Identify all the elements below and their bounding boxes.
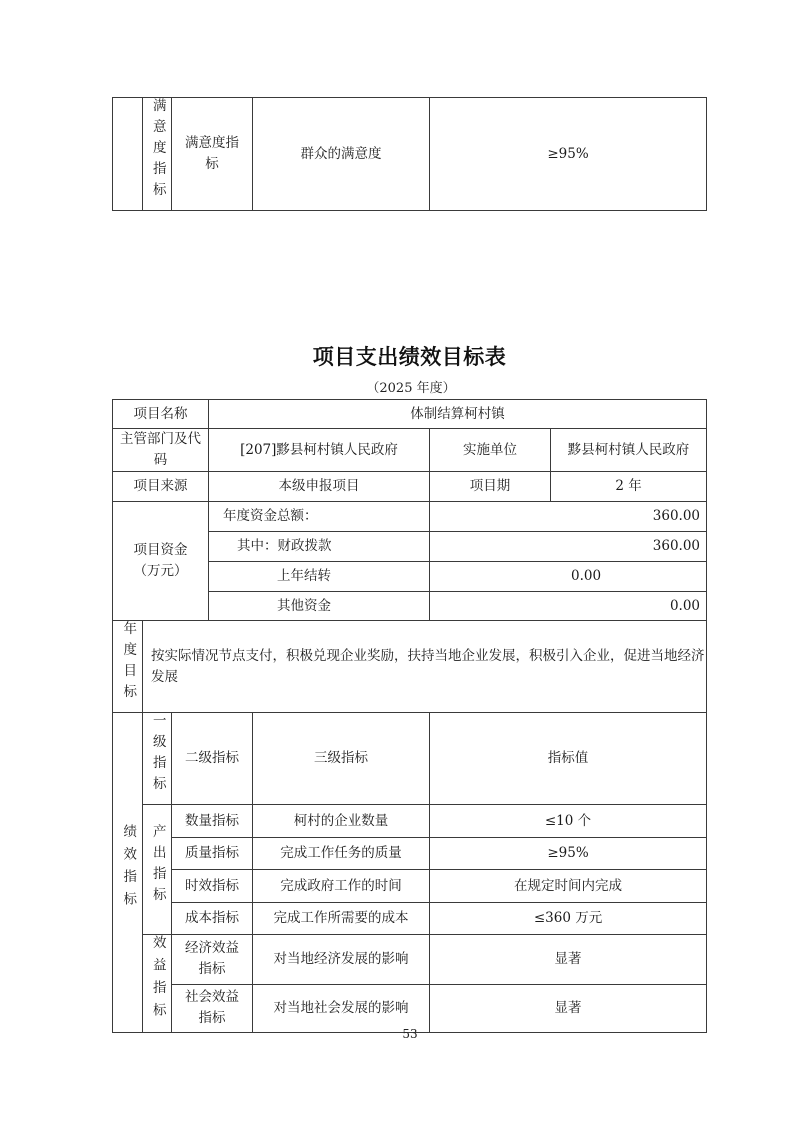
output-indicators-cell: 产出指标 — [143, 805, 172, 935]
project-source-label: 项目来源 — [113, 472, 209, 502]
project-name-label: 项目名称 — [113, 400, 209, 429]
header-level1-cell: 一级指标 — [143, 713, 172, 805]
project-name-value: 体制结算柯村镇 — [209, 400, 707, 429]
benefit-indicators-cell: 效益指标 — [143, 935, 172, 1033]
level1-label: 满意度指标 — [150, 98, 164, 203]
indicator-row: 产出指标 数量指标 柯村的企业数量 ≤10 个 — [113, 805, 707, 838]
indicator-level2: 经济效益 指标 — [172, 935, 253, 985]
page-subtitle: （2025 年度） — [0, 377, 793, 396]
performance-indicators-label: 绩效指标 — [121, 824, 135, 914]
indicator-row: 社会效益 指标 对当地社会发展的影响 显著 — [113, 984, 707, 1033]
empty-cell — [113, 98, 143, 211]
funds-fiscal-value: 360.00 — [430, 532, 707, 562]
funds-other-label: 其他资金 — [209, 592, 430, 621]
level2-cell: 满意度指 标 — [172, 98, 253, 211]
indicator-level3: 完成工作所需要的成本 — [253, 903, 430, 935]
funds-row: 项目资金 （万元） 年度资金总额： 360.00 — [113, 502, 707, 532]
indicator-value: 显著 — [430, 984, 707, 1033]
indicator-row: 成本指标 完成工作所需要的成本 ≤360 万元 — [113, 903, 707, 935]
funds-carryover-value: 0.00 — [430, 562, 707, 592]
source-row: 项目来源 本级申报项目 项目期 2 年 — [113, 472, 707, 502]
funds-other-value: 0.00 — [430, 592, 707, 621]
indicator-value: 显著 — [430, 935, 707, 985]
benefit-indicators-label: 效益指标 — [150, 935, 164, 1025]
header-value: 指标值 — [430, 713, 707, 805]
indicator-level3: 完成政府工作的时间 — [253, 870, 430, 903]
funds-total-label: 年度资金总额： — [209, 502, 430, 532]
page-number: 53 — [0, 1027, 793, 1041]
page-title: 项目支出绩效目标表 — [0, 341, 793, 371]
performance-target-table: 项目名称 体制结算柯村镇 主管部门及代 码 [207]黟县柯村镇人民政府 实施单… — [112, 399, 707, 1033]
indicator-value: ≥95% — [430, 838, 707, 870]
implementing-unit-value: 黟县柯村镇人民政府 — [551, 429, 707, 472]
level1-cell: 满意度指标 — [143, 98, 172, 211]
indicator-level2: 数量指标 — [172, 805, 253, 838]
indicator-header-row: 绩效指标 一级指标 二级指标 三级指标 指标值 — [113, 713, 707, 805]
implementing-unit-label: 实施单位 — [430, 429, 551, 472]
indicator-level3: 对当地社会发展的影响 — [253, 984, 430, 1033]
department-label: 主管部门及代 码 — [113, 429, 209, 472]
annual-goal-text: 按实际情况节点支付，积极兑现企业奖励，扶持当地企业发展，积极引入企业，促进当地经… — [143, 621, 707, 713]
indicator-row: 质量指标 完成工作任务的质量 ≥95% — [113, 838, 707, 870]
funds-total-value: 360.00 — [430, 502, 707, 532]
indicator-row: 效益指标 经济效益 指标 对当地经济发展的影响 显著 — [113, 935, 707, 985]
indicator-level2: 成本指标 — [172, 903, 253, 935]
project-source-value: 本级申报项目 — [209, 472, 430, 502]
performance-indicators-label-cell: 绩效指标 — [113, 713, 143, 1033]
previous-table-fragment: 满意度指标 满意度指 标 群众的满意度 ≥95% — [112, 97, 707, 211]
indicator-value: ≤10 个 — [430, 805, 707, 838]
project-funds-label: 项目资金 （万元） — [113, 502, 209, 621]
indicator-level3: 完成工作任务的质量 — [253, 838, 430, 870]
header-level2: 二级指标 — [172, 713, 253, 805]
department-value: [207]黟县柯村镇人民政府 — [209, 429, 430, 472]
project-period-value: 2 年 — [551, 472, 707, 502]
indicator-level3: 对当地经济发展的影响 — [253, 935, 430, 985]
funds-fiscal-label: 其中：财政拨款 — [209, 532, 430, 562]
header-level1: 一级指标 — [150, 713, 164, 797]
header-level3: 三级指标 — [253, 713, 430, 805]
output-indicators-label: 产出指标 — [150, 824, 164, 908]
indicator-level3: 柯村的企业数量 — [253, 805, 430, 838]
annual-goal-label: 年度目标 — [121, 621, 135, 705]
project-name-row: 项目名称 体制结算柯村镇 — [113, 400, 707, 429]
indicator-level2: 质量指标 — [172, 838, 253, 870]
department-row: 主管部门及代 码 [207]黟县柯村镇人民政府 实施单位 黟县柯村镇人民政府 — [113, 429, 707, 472]
indicator-level2: 社会效益 指标 — [172, 984, 253, 1033]
annual-goal-row: 年度目标 按实际情况节点支付，积极兑现企业奖励，扶持当地企业发展，积极引入企业，… — [113, 621, 707, 713]
project-period-label: 项目期 — [430, 472, 551, 502]
funds-carryover-label: 上年结转 — [209, 562, 430, 592]
indicator-value: ≤360 万元 — [430, 903, 707, 935]
annual-goal-label-cell: 年度目标 — [113, 621, 143, 713]
indicator-value: 在规定时间内完成 — [430, 870, 707, 903]
level3-cell: 群众的满意度 — [253, 98, 430, 211]
table-row: 满意度指标 满意度指 标 群众的满意度 ≥95% — [113, 98, 707, 211]
indicator-level2: 时效指标 — [172, 870, 253, 903]
value-cell: ≥95% — [430, 98, 707, 211]
indicator-row: 时效指标 完成政府工作的时间 在规定时间内完成 — [113, 870, 707, 903]
